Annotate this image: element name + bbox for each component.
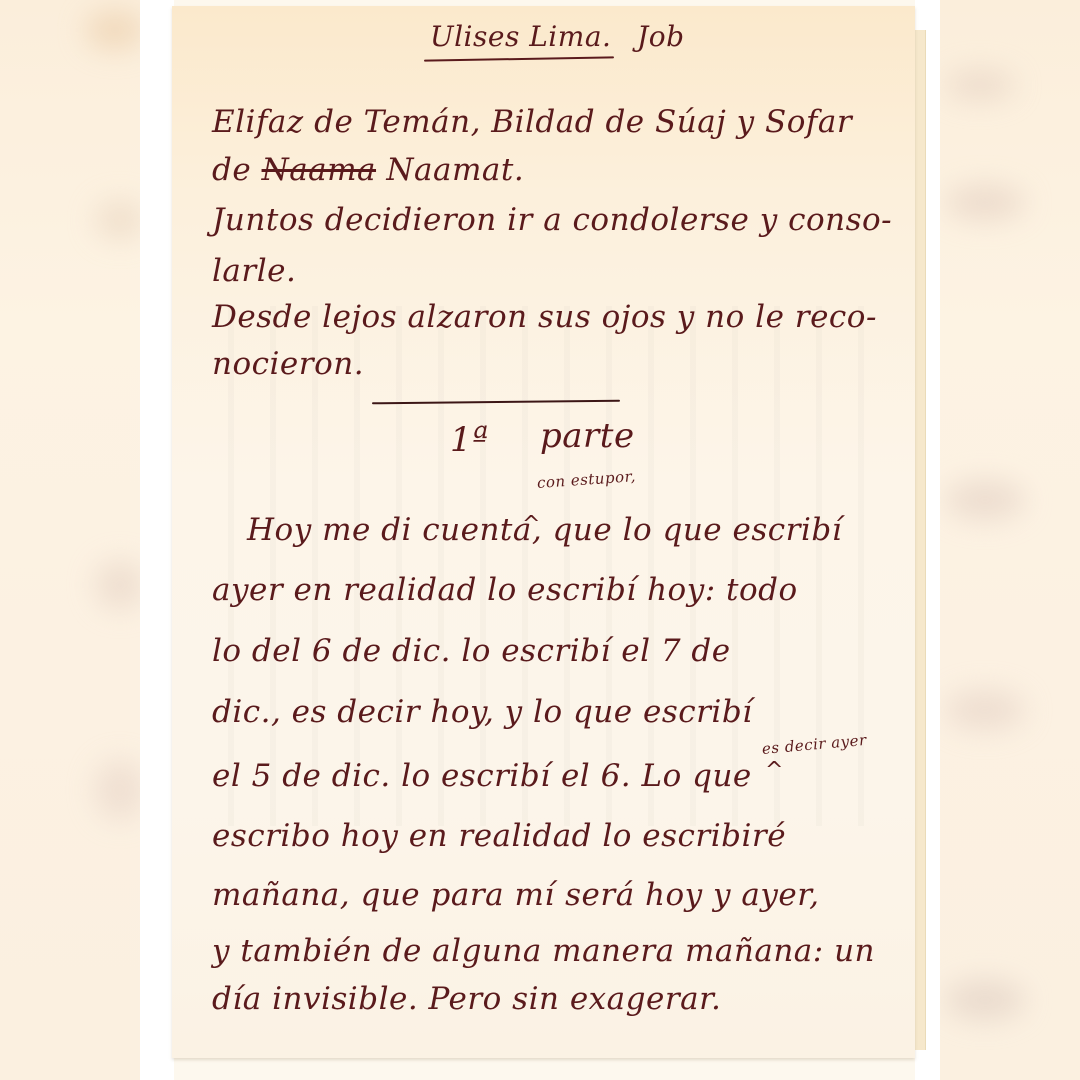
frame-gap-left [140, 0, 174, 1080]
body-line-5: el 5 de dic. lo escribí el 6. Lo que [212, 758, 752, 794]
epigraph-line-2-suffix: Naamat. [386, 152, 524, 188]
insertion-es-decir-ayer: es decir ayer [761, 731, 867, 758]
epigraph-line-6: nocieron. [212, 346, 364, 382]
body-line-4: dic., es decir hoy, y lo que escribí [212, 694, 753, 730]
blurred-backdrop-right [935, 0, 1080, 1080]
epigraph-line-5: Desde lejos alzaron sus ojos y no le rec… [212, 299, 877, 335]
photo-frame: Ulises Lima. Job Elifaz de Temán, Bildad… [0, 0, 1080, 1080]
manuscript-page: Ulises Lima. Job Elifaz de Temán, Bildad… [172, 6, 915, 1058]
epigraph-line-3: Juntos decidieron ir a condolerse y cons… [212, 202, 892, 238]
body-line-6: escribo hoy en realidad lo escribiré [212, 818, 786, 854]
section-separator-rule [372, 400, 620, 405]
insertion-con-estupor: con estupor, [536, 467, 636, 492]
body-line-2: ayer en realidad lo escribí hoy: todo [212, 572, 798, 608]
epigraph-line-4: larle. [212, 253, 296, 289]
body-line-3: lo del 6 de dic. lo escribí el 7 de [212, 633, 731, 669]
section-number: 1ª [450, 420, 489, 460]
manuscript-title: Ulises Lima. [430, 20, 611, 53]
manuscript-reference: Job [637, 20, 685, 53]
body-line-8: y también de alguna manera mañana: un [212, 933, 875, 969]
epigraph-line-1: Elifaz de Temán, Bildad de Súaj y Sofar [212, 104, 852, 140]
blurred-backdrop-left [0, 0, 145, 1080]
body-line-1: Hoy me di cuenta, que lo que escribí [247, 512, 842, 548]
body-line-9: día invisible. Pero sin exagerar. [212, 981, 721, 1017]
body-line-7: mañana, que para mí será hoy y ayer, [212, 877, 820, 913]
epigraph-line-2: de Naama Naamat. [212, 152, 524, 188]
section-label: parte [540, 416, 635, 456]
epigraph-line-2-prefix: de [212, 152, 251, 188]
insertion-caret-1: ^ [522, 512, 540, 537]
insertion-caret-2: ^ [765, 758, 783, 783]
struck-word: Naama [262, 152, 376, 188]
title-underline [424, 56, 614, 61]
